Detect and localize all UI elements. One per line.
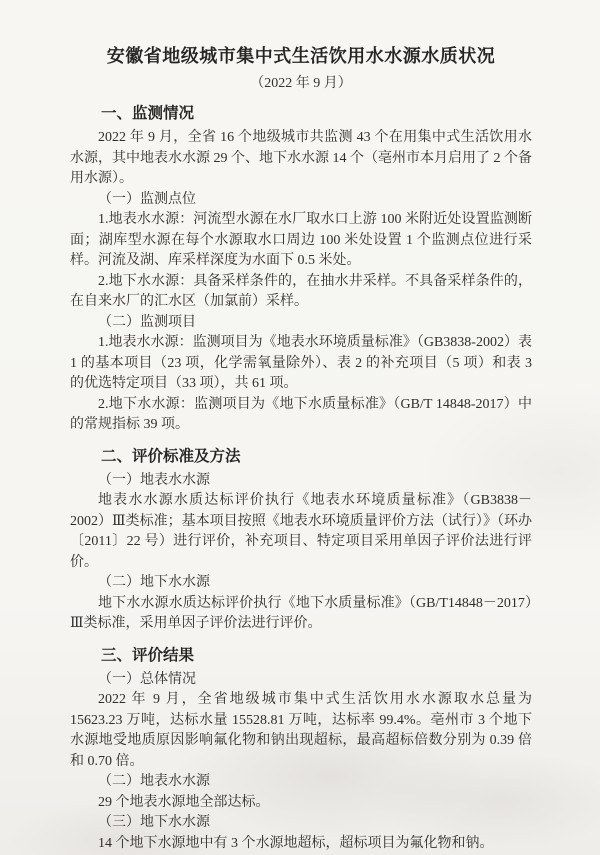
paragraph: 地下水水源水质达标评价执行《地下水质量标准》（GB/T14848－2017）Ⅲ类…: [70, 594, 532, 635]
paragraph: 1.地表水水源：河流型水源在水厂取水口上游 100 米附近处设置监测断面；湖库型…: [70, 210, 532, 272]
paragraph: 29 个地表水源地全部达标。: [70, 793, 532, 814]
sub-heading-surface-water: （一）地表水水源: [70, 471, 532, 492]
paragraph: 地表水水源水质达标评价执行《地表水环境质量标准》（GB3838－2002）Ⅲ类标…: [70, 491, 532, 573]
section-heading-monitoring: 一、监测情况: [70, 102, 532, 126]
sub-heading-surface-result: （二）地表水水源: [70, 772, 532, 793]
paragraph: 2022 年 9 月，全省地级城市集中式生活饮用水水源取水总量为 15623.2…: [70, 690, 532, 772]
section-heading-standards: 二、评价标准及方法: [70, 445, 532, 469]
sub-heading-overall: （一）总体情况: [70, 670, 532, 691]
paragraph: 14 个地下水源地中有 3 个水源地超标，超标项目为氟化物和钠。: [70, 834, 532, 855]
paragraph: 2.地下水水源：监测项目为《地下水质量标准》（GB/T 14848-2017）中…: [70, 395, 532, 436]
paragraph: 2022 年 9 月，全省 16 个地级城市共监测 43 个在用集中式生活饮用水…: [70, 128, 532, 190]
paragraph: 2.地下水水源：具备采样条件的，在抽水井采样。不具备采样条件的，在自来水厂的汇水…: [70, 272, 532, 313]
document-subtitle: （2022 年 9 月）: [70, 74, 532, 93]
sub-heading-ground-water: （二）地下水水源: [70, 573, 532, 594]
section-heading-results: 三、评价结果: [70, 644, 532, 668]
sub-heading-ground-result: （三）地下水水源: [70, 813, 532, 834]
paragraph: 1.地表水水源：监测项目为《地表水环境质量标准》（GB3838-2002）表 1…: [70, 333, 532, 395]
sub-heading-monitoring-items: （二）监测项目: [70, 313, 532, 334]
document-title: 安徽省地级城市集中式生活饮用水水源水质状况: [70, 44, 532, 68]
document-page: 安徽省地级城市集中式生活饮用水水源水质状况 （2022 年 9 月） 一、监测情…: [0, 0, 600, 855]
sub-heading-monitoring-points: （一）监测点位: [70, 190, 532, 211]
